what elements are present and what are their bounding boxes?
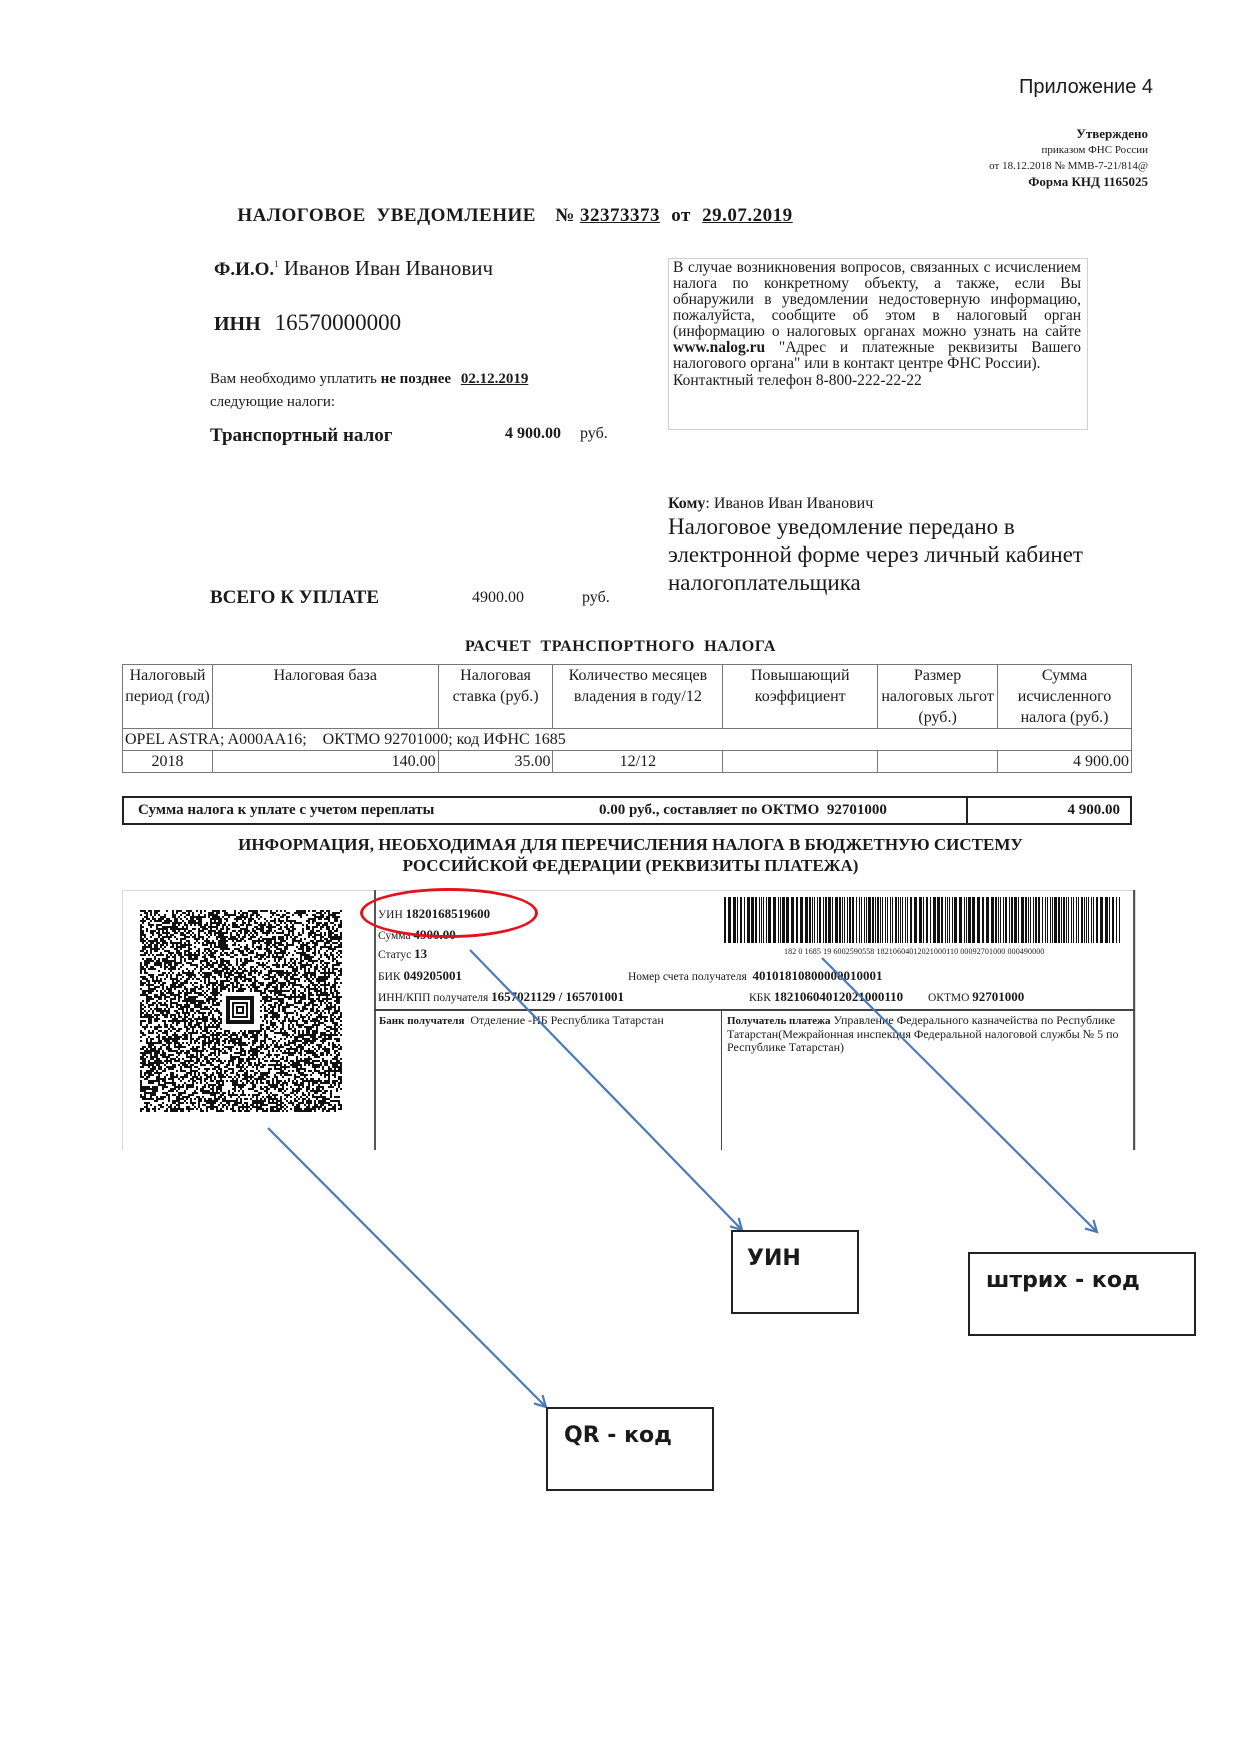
qr-code bbox=[140, 910, 342, 1112]
cell-rate: 35.00 bbox=[438, 751, 553, 773]
tax-name: Транспортный налог bbox=[210, 425, 392, 446]
col-header: Налоговая ставка (руб.) bbox=[438, 665, 553, 729]
taxpayer-inn: ИНН16570000000 bbox=[214, 310, 401, 336]
bik-value: 049205001 bbox=[403, 968, 462, 983]
tax-currency: руб. bbox=[580, 425, 608, 443]
divider bbox=[721, 1009, 722, 1150]
oktmo-label: ОКТМО bbox=[928, 992, 969, 1004]
deadline-label: не позднее bbox=[381, 371, 452, 387]
overpayment-oktmo: 0.00 руб., составляет по ОКТМО 92701000 bbox=[599, 802, 887, 819]
payment-note: Вам необходимо уплатить не позднее 02.12… bbox=[210, 368, 528, 414]
bank-value: Отделение -НБ Республика Татарстан bbox=[470, 1013, 663, 1027]
recipient-bank: Банк получателя Отделение -НБ Республика… bbox=[379, 1014, 709, 1028]
divider bbox=[374, 1009, 1135, 1011]
barcode bbox=[724, 897, 1120, 943]
payment-info-title-line2: РОССИЙСКОЙ ФЕДЕРАЦИИ (РЕКВИЗИТЫ ПЛАТЕЖА) bbox=[20, 855, 1241, 876]
contact-phone: Контактный телефон 8-800-222-22-22 bbox=[673, 373, 1081, 389]
col-header: Налоговый период (год) bbox=[123, 665, 213, 729]
approval-order: приказом ФНС России bbox=[989, 142, 1148, 158]
number-sign: № bbox=[555, 205, 575, 226]
divider bbox=[966, 798, 968, 823]
col-header: Количество месяцев владения в году/12 bbox=[553, 665, 723, 729]
arrow-to-qr bbox=[268, 1128, 546, 1407]
bik-field: БИК 049205001 bbox=[378, 968, 462, 984]
recipient-line: Кому: Иванов Иван Иванович bbox=[668, 495, 873, 513]
inn-label: ИНН bbox=[214, 313, 261, 335]
delivery-note: Налоговое уведомление передано в электро… bbox=[668, 513, 1098, 597]
notice-title: НАЛОГОВОЕ УВЕДОМЛЕНИЕ № 32373373 от 29.0… bbox=[0, 205, 1030, 227]
table-header-row: Налоговый период (год) Налоговая база На… bbox=[123, 665, 1132, 729]
kbk-field: КБК 18210604012021000110 bbox=[749, 989, 903, 1005]
appendix-label: Приложение 4 bbox=[1019, 76, 1153, 99]
bank-label: Банк получателя bbox=[379, 1015, 464, 1027]
fio-value: Иванов Иван Иванович bbox=[284, 256, 493, 280]
barcode-callout-label: штрих - код bbox=[986, 1268, 1140, 1293]
tax-amount: 4 900.00 bbox=[505, 425, 561, 443]
cell-benefits bbox=[878, 751, 998, 773]
calculation-table: Налоговый период (год) Налоговая база На… bbox=[122, 664, 1132, 773]
payee: Получатель платежа Управление Федерально… bbox=[727, 1014, 1135, 1054]
bik-label: БИК bbox=[378, 971, 401, 983]
deadline-date: 02.12.2019 bbox=[461, 371, 529, 387]
vehicle-info: OPEL ASTRA; A000AA16; ОКТМО 92701000; ко… bbox=[123, 729, 1132, 751]
payee-label: Получатель платежа bbox=[727, 1015, 831, 1027]
oktmo-value: 92701000 bbox=[972, 989, 1024, 1004]
status-value: 13 bbox=[414, 946, 427, 961]
uin-highlight-ellipse bbox=[360, 888, 538, 938]
fio-label: Ф.И.О. bbox=[214, 259, 274, 280]
date-prefix: от bbox=[671, 205, 691, 226]
uin-callout: УИН bbox=[731, 1230, 859, 1314]
to-name: Иванов Иван Иванович bbox=[714, 495, 873, 512]
approved-label: Утверждено bbox=[989, 126, 1148, 142]
oktmo-field: ОКТМО 92701000 bbox=[928, 989, 1024, 1005]
notice-number: 32373373 bbox=[580, 205, 660, 226]
account-label: Номер счета получателя bbox=[628, 971, 747, 983]
notice-date: 29.07.2019 bbox=[702, 205, 793, 226]
barcode-digits: 182 0 1685 19 6002590558 182106040120210… bbox=[784, 947, 1044, 956]
col-header: Размер налоговых льгот (руб.) bbox=[878, 665, 998, 729]
overpayment-label: Сумма налога к уплате с учетом переплаты bbox=[138, 802, 434, 819]
inn-kpp-value: 1657021129 / 165701001 bbox=[491, 989, 624, 1004]
table-row: 2018 140.00 35.00 12/12 4 900.00 bbox=[123, 751, 1132, 773]
payment-note-prefix: Вам необходимо уплатить bbox=[210, 371, 381, 387]
payment-info-title: ИНФОРМАЦИЯ, НЕОБХОДИМАЯ ДЛЯ ПЕРЕЧИСЛЕНИЯ… bbox=[0, 834, 1241, 876]
cell-period: 2018 bbox=[123, 751, 213, 773]
inn-kpp-label: ИНН/КПП получателя bbox=[378, 992, 488, 1004]
overpayment-sum-box: Сумма налога к уплате с учетом переплаты… bbox=[122, 796, 1132, 825]
cell-base: 140.00 bbox=[212, 751, 438, 773]
contact-info-box: В случае возникновения вопросов, связанн… bbox=[668, 258, 1088, 430]
kbk-label: КБК bbox=[749, 992, 771, 1004]
qr-callout-label: QR - код bbox=[564, 1423, 672, 1448]
overpayment-value: 4 900.00 bbox=[1068, 802, 1121, 819]
cell-coefficient bbox=[723, 751, 878, 773]
approval-stamp: Утверждено приказом ФНС России от 18.12.… bbox=[989, 126, 1148, 190]
qr-callout: QR - код bbox=[546, 1407, 714, 1491]
approval-order-ref: от 18.12.2018 № ММВ-7-21/814@ bbox=[989, 158, 1148, 174]
vehicle-row: OPEL ASTRA; A000AA16; ОКТМО 92701000; ко… bbox=[123, 729, 1132, 751]
total-label: ВСЕГО К УПЛАТЕ bbox=[210, 587, 379, 608]
status-label: Статус bbox=[378, 949, 411, 961]
notice-title-text: НАЛОГОВОЕ УВЕДОМЛЕНИЕ bbox=[237, 205, 536, 226]
total-amount: 4900.00 bbox=[472, 589, 524, 607]
calculation-title: РАСЧЕТ ТРАНСПОРТНОГО НАЛОГА bbox=[0, 638, 1241, 656]
to-label: Кому bbox=[668, 495, 705, 512]
col-header: Налоговая база bbox=[212, 665, 438, 729]
total-to-pay: ВСЕГО К УПЛАТЕ 4900.00 руб. bbox=[210, 587, 630, 609]
taxpayer-fio: Ф.И.О.1 Иванов Иван Иванович bbox=[214, 256, 493, 281]
info-text-before: В случае возникновения вопросов, связанн… bbox=[673, 259, 1081, 340]
fio-footnote: 1 bbox=[274, 259, 279, 269]
payment-note-suffix: следующие налоги: bbox=[210, 391, 528, 414]
col-header: Повышающий коэффициент bbox=[723, 665, 878, 729]
cell-tax-sum: 4 900.00 bbox=[998, 751, 1132, 773]
inn-kpp-field: ИНН/КПП получателя 1657021129 / 16570100… bbox=[378, 989, 624, 1005]
inn-value: 16570000000 bbox=[275, 310, 402, 335]
tax-line: Транспортный налог 4 900.00 руб. bbox=[210, 425, 620, 447]
nalog-site-link[interactable]: www.nalog.ru bbox=[673, 339, 765, 356]
form-code: Форма КНД 1165025 bbox=[989, 174, 1148, 190]
col-header: Сумма исчисленного налога (руб.) bbox=[998, 665, 1132, 729]
divider bbox=[374, 890, 376, 1150]
barcode-callout: штрих - код bbox=[968, 1252, 1196, 1336]
payment-info-title-line1: ИНФОРМАЦИЯ, НЕОБХОДИМАЯ ДЛЯ ПЕРЕЧИСЛЕНИЯ… bbox=[20, 834, 1241, 855]
account-value: 40101810800000010001 bbox=[753, 968, 883, 983]
uin-callout-label: УИН bbox=[747, 1246, 801, 1271]
total-currency: руб. bbox=[582, 589, 610, 607]
account-field: Номер счета получателя 40101810800000010… bbox=[628, 968, 883, 984]
cell-months: 12/12 bbox=[553, 751, 723, 773]
status-field: Статус 13 bbox=[378, 946, 427, 962]
kbk-value: 18210604012021000110 bbox=[774, 989, 903, 1004]
